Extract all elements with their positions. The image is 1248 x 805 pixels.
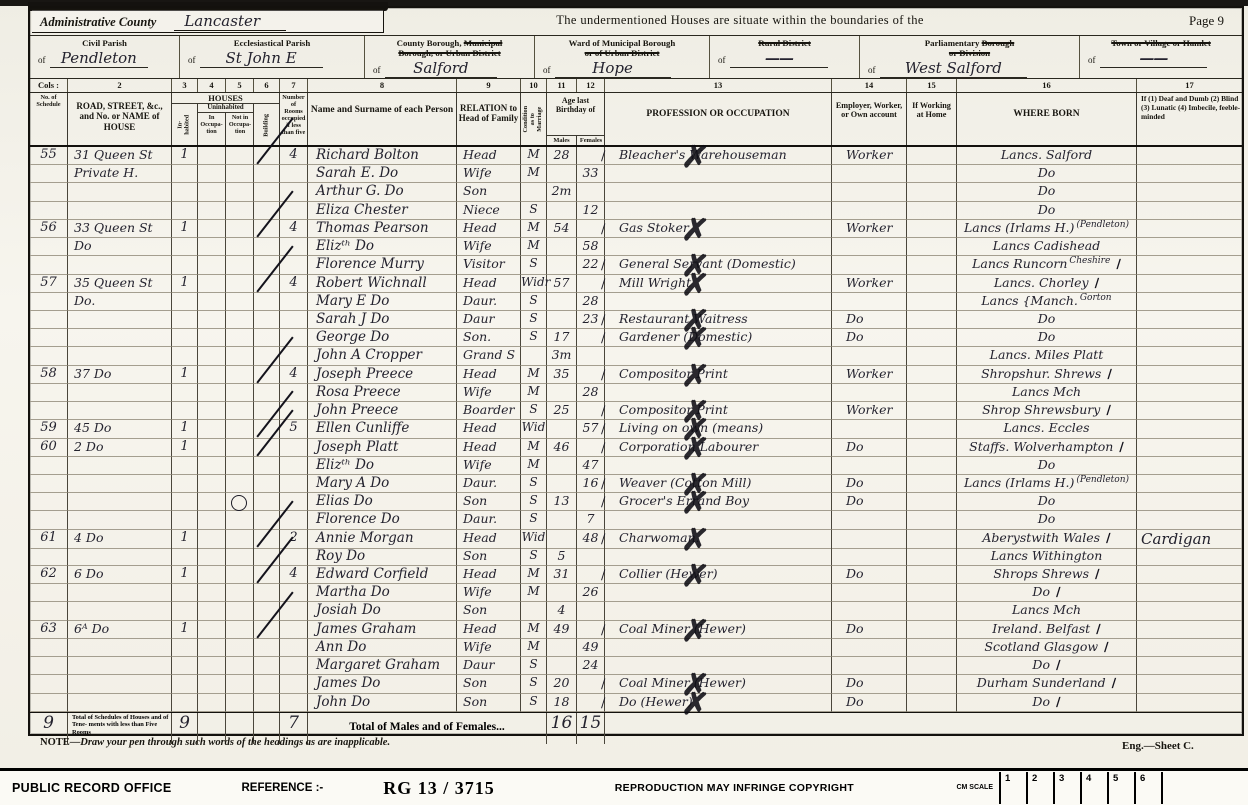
header-not-in-occupation: Not in Occupa- tion (226, 113, 254, 145)
infirmity-cell (1137, 329, 1242, 347)
totals-females: 15 (577, 713, 605, 744)
working-home-cell (907, 183, 957, 201)
age-male-cell (547, 202, 577, 220)
column-number-1: 2 (68, 79, 172, 92)
birthplace-cell: Do (957, 183, 1137, 201)
rooms-cell (280, 256, 308, 274)
column-numbers-row: Cols :234567891011121314151617 (30, 79, 1242, 93)
inhabited-cell: 1 (172, 366, 198, 384)
enumerator-slash-mark: ∕ (601, 149, 605, 164)
inhabited-cell (172, 548, 198, 566)
district-box-4: Rural Districtof—— (710, 36, 860, 78)
district-box-2: County Borough, MunicipalBorough, or Urb… (365, 36, 535, 78)
district-value: Pendleton (50, 49, 149, 68)
header-employer: Employer, Worker, or Own account (832, 93, 907, 145)
address-cell (68, 256, 172, 274)
infirmity-cell (1137, 220, 1242, 238)
building-cell (254, 165, 280, 183)
of-label: of (188, 55, 196, 65)
address-cell (68, 457, 172, 475)
condition-cell: M (521, 439, 547, 457)
district-box-5: Parliamentary Boroughor DivisionofWest S… (860, 36, 1080, 78)
age-female-cell (577, 183, 605, 201)
uninhabited-empty-cell (226, 457, 254, 475)
uninhabited-occupied-cell (198, 420, 226, 438)
age-male-cell: 5 (547, 548, 577, 566)
table-row: James DoSonS20Coal Miner (Hewer)∕✗DoDurh… (30, 675, 1242, 693)
district-label: Ecclesiastical Parish (180, 38, 364, 48)
working-home-cell (907, 439, 957, 457)
uninhabited-occupied-cell (198, 548, 226, 566)
working-home-cell (907, 329, 957, 347)
schedule-cell (30, 329, 68, 347)
birthplace-cell: Do∕ (957, 584, 1137, 602)
working-home-cell (907, 657, 957, 675)
birthplace-cell: Do (957, 311, 1137, 329)
working-home-cell (907, 220, 957, 238)
infirmity-cell (1137, 256, 1242, 274)
name-cell: James Do (308, 675, 457, 693)
column-number-10: 11 (547, 79, 577, 92)
table-row: Florence DoDaur.S7Do (30, 511, 1242, 529)
rooms-cell (280, 584, 308, 602)
enumerator-slash-mark: ∕ (601, 422, 605, 437)
cm-scale-ruler: CM SCALE 123456 (956, 772, 1188, 804)
archive-footer-strip: PUBLIC RECORD OFFICE REFERENCE :- RG 13 … (0, 768, 1248, 805)
column-number-13: 14 (832, 79, 907, 92)
address-cell: 33 Queen St (68, 220, 172, 238)
name-cell: Ann Do (308, 639, 457, 657)
address-cell: 4 Do (68, 530, 172, 549)
enumerator-tick-mark: ∕ (1095, 275, 1100, 290)
uninhabited-empty-cell (226, 311, 254, 329)
enumerator-slash-mark: ∕ (601, 313, 605, 328)
uninhabited-occupied-cell (198, 165, 226, 183)
working-home-cell (907, 202, 957, 220)
header-schedule: No. of Schedule (30, 93, 68, 145)
age-female-cell: 12 (577, 202, 605, 220)
condition-cell: S (521, 202, 547, 220)
relation-cell: Boarder (457, 402, 521, 420)
infirmity-cell (1137, 293, 1242, 311)
rooms-cell (280, 202, 308, 220)
condition-cell: M (521, 220, 547, 238)
schedule-cell (30, 165, 68, 183)
district-box-6: Town or Village or Hamletof—— (1080, 36, 1242, 78)
enumerator-tick-mark: ∕ (1106, 402, 1111, 417)
birthplace-cell: Staffs. Wolverhampton∕ (957, 439, 1137, 457)
building-cell (254, 384, 280, 402)
rooms-cell (280, 657, 308, 675)
employer-cell (832, 384, 907, 402)
building-cell (254, 566, 280, 584)
district-value: West Salford (880, 59, 1028, 78)
inhabited-cell: 1 (172, 420, 198, 438)
schedule-cell (30, 347, 68, 365)
enumerator-tick-mark: ∕ (1056, 657, 1061, 672)
header-road: ROAD, STREET, &c., and No. or NAME of HO… (68, 93, 172, 145)
employer-cell (832, 238, 907, 256)
occupation-cell: Weaver (Cotton Mill)∕✗ (605, 475, 832, 493)
name-cell: Martha Do (308, 584, 457, 602)
uninhabited-empty-cell (226, 384, 254, 402)
infirmity-annotation: Cardigan (1141, 530, 1211, 548)
admin-county-value: Lancaster (174, 12, 286, 31)
relation-cell: Head (457, 566, 521, 584)
inhabited-cell: 1 (172, 275, 198, 293)
header-rooms: Number of Rooms occupied if less than fi… (280, 93, 308, 145)
condition-cell: M (521, 584, 547, 602)
header-age-group: Age last Birthday of Males Females (547, 93, 605, 145)
enumerator-tick-mark: ∕ (1096, 621, 1101, 636)
uninhabited-occupied-cell (198, 238, 226, 256)
rooms-cell (280, 457, 308, 475)
of-label: of (718, 55, 726, 65)
age-male-cell: 46 (547, 439, 577, 457)
relation-cell: Daur (457, 657, 521, 675)
schedule-cell: 62 (30, 566, 68, 584)
working-home-cell (907, 275, 957, 293)
address-cell (68, 475, 172, 493)
enumerator-slash-mark: ∕ (601, 404, 605, 419)
uninhabited-occupied-cell (198, 439, 226, 457)
address-cell (68, 694, 172, 712)
age-female-cell: 26 (577, 584, 605, 602)
birthplace-cell: Lancs Cadishead (957, 238, 1137, 256)
relation-cell: Wife (457, 639, 521, 657)
age-male-cell: 18 (547, 694, 577, 712)
header-inhabited: In-habited (172, 104, 198, 145)
uninhabited-empty-cell (226, 366, 254, 384)
birthplace-cell: Aberystwith Wales∕ (957, 530, 1137, 549)
of-label: of (38, 55, 46, 65)
inhabited-cell (172, 602, 198, 620)
age-female-cell (577, 602, 605, 620)
uninhabited-empty-cell (226, 165, 254, 183)
employer-cell (832, 165, 907, 183)
age-male-cell (547, 511, 577, 529)
relation-cell: Daur (457, 311, 521, 329)
table-row: 626 Do14Edward CorfieldHeadM31Collier (H… (30, 566, 1242, 584)
form-caption: The undermentioned Houses are situate wi… (460, 13, 1020, 28)
rooms-cell (280, 311, 308, 329)
occupation-cell: Do (Hewer)∕✗ (605, 694, 832, 712)
condition-cell: M (521, 165, 547, 183)
working-home-cell (907, 347, 957, 365)
table-row: Martha DoWifeM26Do∕ (30, 584, 1242, 602)
address-cell (68, 402, 172, 420)
name-cell: Margaret Graham (308, 657, 457, 675)
inhabited-cell (172, 183, 198, 201)
condition-cell: Widr (521, 275, 547, 293)
schedule-cell: 55 (30, 147, 68, 165)
relation-cell: Wife (457, 584, 521, 602)
table-row: Eliza ChesterNieceS12Do (30, 202, 1242, 220)
enumerator-slash-mark: ∕ (601, 568, 605, 583)
name-cell: Rosa Preece (308, 384, 457, 402)
occupation-cell: Restaurant Waitress∕✗ (605, 311, 832, 329)
uninhabited-occupied-cell (198, 675, 226, 693)
building-cell (254, 694, 280, 712)
age-male-cell (547, 311, 577, 329)
district-label: Rural District (710, 38, 859, 48)
census-form: Administrative County Lancaster The unde… (28, 6, 1244, 736)
condition-cell: S (521, 511, 547, 529)
inhabited-cell (172, 384, 198, 402)
working-home-cell (907, 493, 957, 511)
address-cell (68, 311, 172, 329)
rooms-cell (280, 602, 308, 620)
building-cell (254, 657, 280, 675)
table-row: Florence MurryVisitorS22General Servant … (30, 256, 1242, 274)
building-cell (254, 475, 280, 493)
working-home-cell (907, 420, 957, 438)
rooms-cell (280, 621, 308, 639)
building-cell (254, 202, 280, 220)
address-cell (68, 639, 172, 657)
rooms-cell: 4 (280, 147, 308, 165)
admin-county-label: Administrative County (40, 15, 156, 30)
schedule-cell: 60 (30, 439, 68, 457)
rooms-cell (280, 329, 308, 347)
inhabited-cell (172, 511, 198, 529)
employer-cell (832, 420, 907, 438)
header-condition: Condition as to Marriage (521, 93, 547, 145)
employer-cell: Worker (832, 366, 907, 384)
occupation-cell (605, 165, 832, 183)
condition-cell: Wid (521, 530, 547, 549)
uninhabited-empty-cell (226, 548, 254, 566)
birthplace-annotation: (Pendleton) (1076, 220, 1129, 230)
uninhabited-empty-cell (226, 256, 254, 274)
working-home-cell (907, 694, 957, 712)
birthplace-cell: Lancs RuncornCheshire∕ (957, 256, 1137, 274)
relation-cell: Son (457, 493, 521, 511)
birthplace-cell: Lancs Mch (957, 384, 1137, 402)
occupation-cell (605, 584, 832, 602)
infirmity-cell (1137, 165, 1242, 183)
infirmity-cell (1137, 475, 1242, 493)
rooms-cell: 5 (280, 420, 308, 438)
schedule-cell: 61 (30, 530, 68, 549)
condition-cell: Wid (521, 420, 547, 438)
condition-cell: M (521, 639, 547, 657)
table-row: Ann DoWifeM49Scotland Glasgow∕ (30, 639, 1242, 657)
building-cell (254, 293, 280, 311)
birthplace-cell: Lancs Mch (957, 602, 1137, 620)
address-cell: Do. (68, 293, 172, 311)
column-number-2: 3 (172, 79, 198, 92)
admin-county-band: Administrative County Lancaster The unde… (30, 8, 1242, 36)
enumerator-slash-mark: ∕ (601, 677, 605, 692)
working-home-cell (907, 566, 957, 584)
occupation-cell (605, 657, 832, 675)
occupation-cell: Compositor Print∕✗ (605, 366, 832, 384)
employer-cell (832, 584, 907, 602)
birthplace-cell: Scotland Glasgow∕ (957, 639, 1137, 657)
relation-cell: Daur. (457, 511, 521, 529)
name-cell: John Do (308, 694, 457, 712)
age-male-cell: 25 (547, 402, 577, 420)
enumerator-tick-mark: ∕ (1112, 675, 1117, 690)
district-box-3: Ward of Municipal Boroughor of Urban Dis… (535, 36, 710, 78)
uninhabited-empty-cell (226, 275, 254, 293)
employer-cell: Do (832, 566, 907, 584)
relation-cell: Head (457, 220, 521, 238)
rooms-cell (280, 548, 308, 566)
column-number-3: 4 (198, 79, 226, 92)
condition-cell (521, 602, 547, 620)
birthplace-cell: Do∕ (957, 694, 1137, 712)
birthplace-cell: Lancs. Eccles (957, 420, 1137, 438)
district-value: Salford (385, 59, 498, 78)
infirmity-cell (1137, 493, 1242, 511)
table-row: Josiah DoSon4Lancs Mch (30, 602, 1242, 620)
admin-county-box: Administrative County Lancaster (32, 9, 384, 33)
relation-cell: Grand S (457, 347, 521, 365)
header-age: Age last Birthday of (547, 93, 604, 135)
uninhabited-empty-cell (226, 621, 254, 639)
infirmity-cell (1137, 621, 1242, 639)
of-label: of (543, 65, 551, 75)
employer-cell: Do (832, 694, 907, 712)
district-value: —— (730, 49, 829, 68)
age-male-cell (547, 475, 577, 493)
uninhabited-occupied-cell (198, 621, 226, 639)
name-cell: Florence Do (308, 511, 457, 529)
rooms-cell: 4 (280, 220, 308, 238)
condition-cell: M (521, 238, 547, 256)
district-label: Parliamentary Boroughor Division (860, 38, 1079, 58)
building-cell (254, 256, 280, 274)
employer-cell: Do (832, 311, 907, 329)
occupation-cell (605, 548, 832, 566)
infirmity-cell (1137, 584, 1242, 602)
inhabited-cell (172, 202, 198, 220)
uninhabited-empty-cell (226, 511, 254, 529)
uninhabited-occupied-cell (198, 602, 226, 620)
uninhabited-empty-cell (226, 420, 254, 438)
table-row: 5837 Do14Joseph PreeceHeadM35Compositor … (30, 366, 1242, 384)
inhabited-cell (172, 657, 198, 675)
employer-cell (832, 548, 907, 566)
header-in-occupation: In Occupa- tion (198, 113, 226, 145)
address-cell (68, 202, 172, 220)
cm-scale-tick-5: 5 (1107, 772, 1134, 804)
working-home-cell (907, 293, 957, 311)
inhabited-cell (172, 347, 198, 365)
infirmity-cell (1137, 602, 1242, 620)
age-male-cell (547, 165, 577, 183)
table-row: DoElizᵗʰ DoWifeM58Lancs Cadishead (30, 238, 1242, 256)
table-row: 5633 Queen St14Thomas PearsonHeadM54Gas … (30, 220, 1242, 238)
birthplace-cell: Shrop Shrewsbury∕ (957, 402, 1137, 420)
age-female-cell: 58 (577, 238, 605, 256)
uninhabited-occupied-cell (198, 493, 226, 511)
district-value: St John E (200, 49, 323, 68)
uninhabited-occupied-cell (198, 475, 226, 493)
uninhabited-occupied-cell (198, 366, 226, 384)
uninhabited-occupied-cell (198, 311, 226, 329)
working-home-cell (907, 602, 957, 620)
header-relation: RELATION to Head of Family (457, 93, 521, 145)
age-female-cell: 28 (577, 384, 605, 402)
address-cell: 37 Do (68, 366, 172, 384)
name-cell: Roy Do (308, 548, 457, 566)
infirmity-cell (1137, 511, 1242, 529)
working-home-cell (907, 311, 957, 329)
inhabited-cell: 1 (172, 439, 198, 457)
address-cell (68, 675, 172, 693)
header-males: Males (547, 136, 577, 145)
working-home-cell (907, 457, 957, 475)
employer-cell (832, 602, 907, 620)
name-cell: John Preece (308, 402, 457, 420)
occupation-cell: Bleacher's Warehouseman∕✗ (605, 147, 832, 165)
totals-males: 16 (547, 713, 577, 744)
occupation-cell (605, 602, 832, 620)
district-box-1: Ecclesiastical ParishofSt John E (180, 36, 365, 78)
occupation-cell (605, 347, 832, 365)
condition-cell: M (521, 621, 547, 639)
rooms-cell (280, 439, 308, 457)
occupation-cell (605, 183, 832, 201)
enumerator-tick-mark: ∕ (1119, 439, 1124, 454)
header-where-born: WHERE BORN (957, 93, 1137, 145)
column-number-12: 13 (605, 79, 832, 92)
header-name: Name and Surname of each Person (308, 93, 457, 145)
uninhabited-empty-cell (226, 202, 254, 220)
address-cell: Do (68, 238, 172, 256)
birthplace-cell: Do (957, 202, 1137, 220)
address-cell: 35 Queen St (68, 275, 172, 293)
relation-cell: Head (457, 147, 521, 165)
building-cell (254, 402, 280, 420)
building-cell (254, 675, 280, 693)
age-male-cell: 49 (547, 621, 577, 639)
uninhabited-occupied-cell (198, 275, 226, 293)
uninhabited-empty-cell (226, 493, 254, 511)
condition-cell: M (521, 457, 547, 475)
infirmity-cell (1137, 694, 1242, 712)
census-entries: 5531 Queen St14Richard BoltonHeadM28Blea… (30, 147, 1242, 712)
name-cell: Sarah J Do (308, 311, 457, 329)
condition-cell: M (521, 384, 547, 402)
working-home-cell (907, 384, 957, 402)
footnote-prefix: NOTE— (40, 737, 80, 748)
schedule-cell (30, 511, 68, 529)
schedule-cell (30, 384, 68, 402)
cm-scale-tick-6: 6 (1134, 772, 1161, 804)
employer-cell (832, 457, 907, 475)
uninhabited-occupied-cell (198, 202, 226, 220)
eng-sheet-label: Eng.—Sheet C. (1122, 740, 1194, 752)
uninhabited-occupied-cell (198, 530, 226, 549)
header-houses-group: HOUSES In-habited Uninhabited In Occupa-… (172, 93, 280, 145)
address-cell: 6ᴬ Do (68, 621, 172, 639)
uninhabited-empty-cell (226, 639, 254, 657)
uninhabited-occupied-cell (198, 384, 226, 402)
employer-cell: Worker (832, 147, 907, 165)
table-row: Margaret GrahamDaurS24Do∕ (30, 657, 1242, 675)
condition-cell: S (521, 657, 547, 675)
table-row: 602 Do1Joseph PlattHeadM46Corporation La… (30, 439, 1242, 457)
uninhabited-occupied-cell (198, 329, 226, 347)
age-female-cell (577, 347, 605, 365)
age-female-cell: 7 (577, 511, 605, 529)
age-female-cell: 28 (577, 293, 605, 311)
condition-cell: S (521, 675, 547, 693)
